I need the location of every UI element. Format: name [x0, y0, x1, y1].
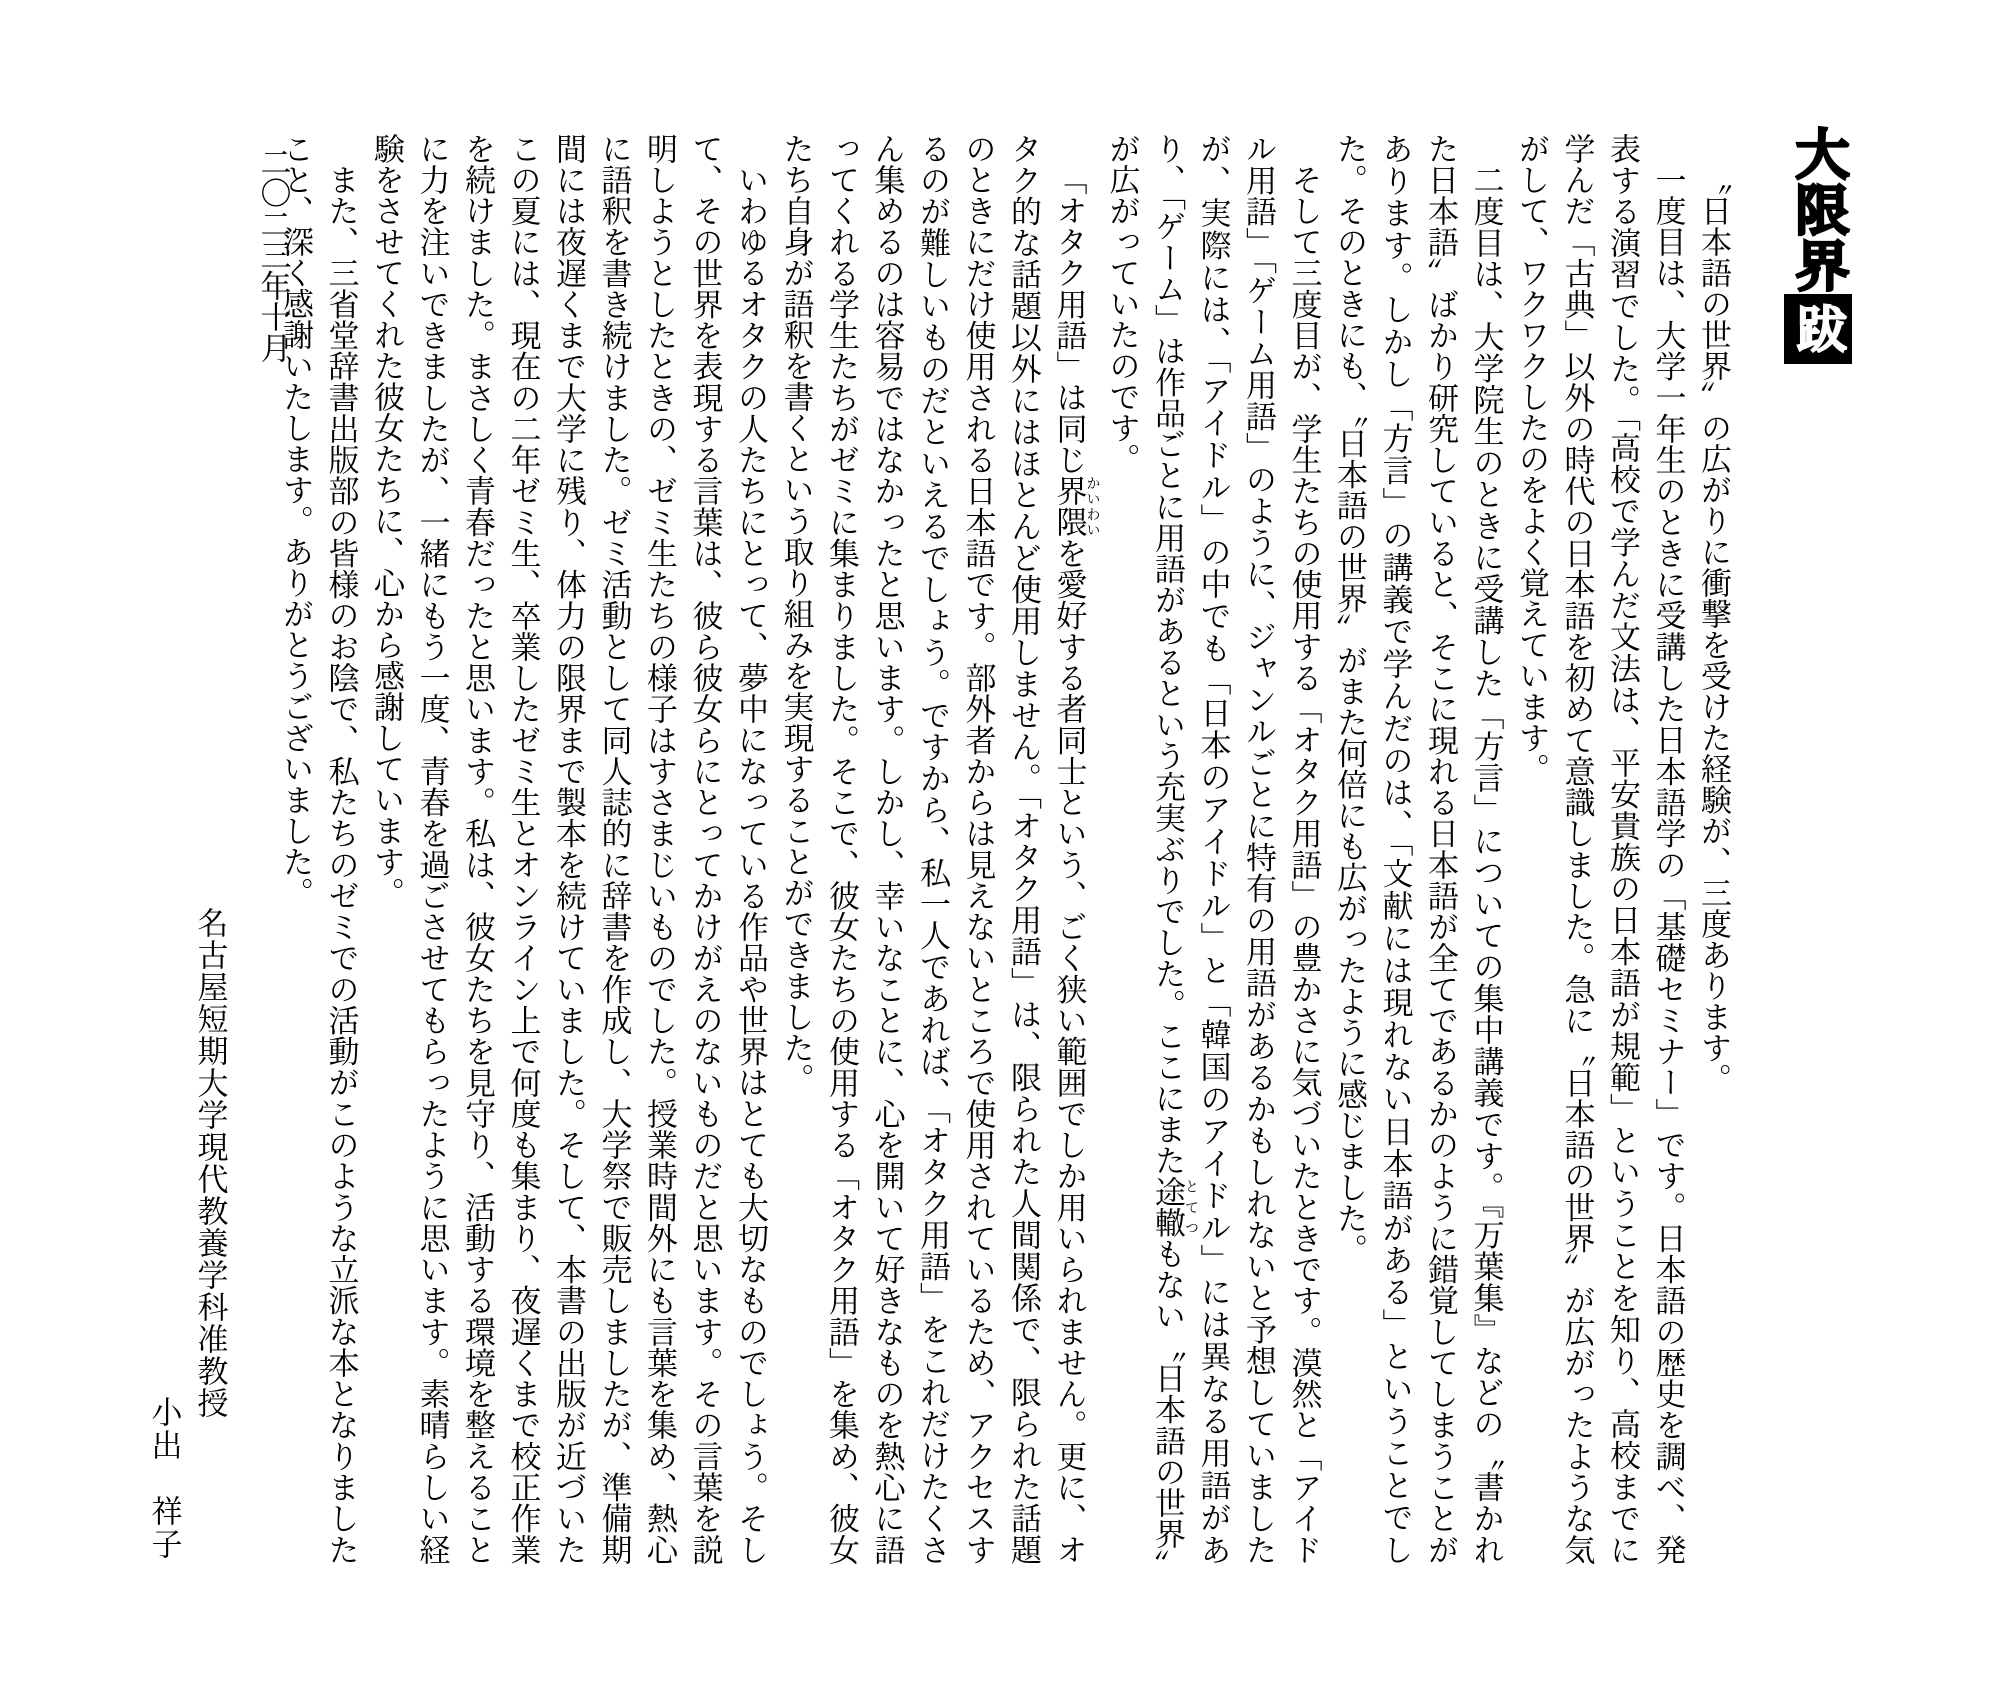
date: 二〇二三年十月: [250, 146, 296, 363]
body-text: 〝日本語の世界〟の広がりに衝撃を受けた経験が、三度あります。一度目は、大学一年生…: [273, 133, 1737, 1565]
paragraph: 一度目は、大学一年生のときに受講した日本語学の「基礎セミナー」です。日本語の歴史…: [1509, 133, 1691, 1565]
afterword-page: 大限界跋 〝日本語の世界〟の広がりに衝撃を受けた経験が、三度あります。一度目は、…: [0, 0, 2000, 1703]
signature-affiliation: 名古屋短期大学現代教養学科准教授: [187, 907, 233, 1419]
signature-name: 小出 祥子: [141, 1396, 187, 1561]
paragraph: いわゆるオタクの人たちにとって、夢中になっている作品や世界はとても大切なものでし…: [364, 133, 774, 1565]
paragraph: そして三度目が、学生たちの使用する「オタク用語」の豊かさに気づいたときです。漠然…: [1099, 133, 1327, 1565]
ruby-annotated-word: 途轍とてつ: [1150, 1176, 1185, 1238]
page-title: 大限界跋: [1783, 126, 1860, 364]
paragraph: 〝日本語の世界〟の広がりに衝撃を受けた経験が、三度あります。: [1691, 133, 1737, 1565]
paragraph: 二度目は、大学院生のときに受講した「方言」についての集中講義です。『万葉集』など…: [1327, 133, 1509, 1565]
title-text: 大限界: [1788, 126, 1848, 294]
paragraph: 「オタク用語」は同じ界隈かいわいを愛好する者同士という、ごく狭い範囲でしか用いら…: [773, 133, 1099, 1565]
ruby-annotated-word: 界隈かいわい: [1052, 475, 1087, 537]
title-stamp-box: 跋: [1784, 294, 1852, 364]
